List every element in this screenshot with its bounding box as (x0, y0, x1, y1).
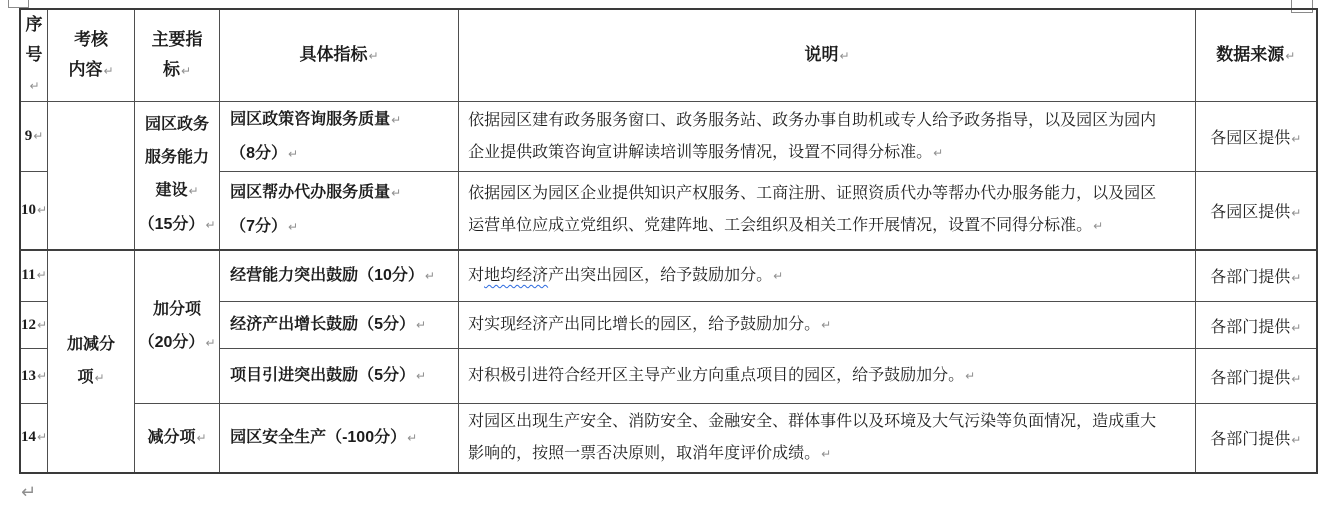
cell-specific-14: 园区安全生产（-100分）↵ (220, 404, 459, 473)
paragraph-mark-icon: ↵ (288, 147, 298, 161)
paragraph-mark-icon: ↵ (205, 218, 215, 232)
cell-source-12: 各部门提供↵ (1196, 302, 1317, 349)
spellcheck-squiggle: 地均经济 (484, 267, 548, 284)
paragraph-mark-icon: ↵ (1093, 219, 1103, 233)
cell-serial-12: 12↵ (20, 302, 48, 349)
cell-desc-11: 对地均经济产出突出园区，给予鼓励加分。↵ (459, 250, 1196, 302)
paragraph-mark-icon: ↵ (965, 369, 975, 383)
paragraph-mark-icon: ↵ (1291, 372, 1301, 386)
cell-source-9: 各园区提供↵ (1196, 102, 1317, 172)
paragraph-mark-icon: ↵ (197, 431, 207, 445)
paragraph-mark-icon: ↵ (1291, 271, 1301, 285)
cell-serial-9: 9↵ (20, 102, 48, 172)
cell-assessment-content-rows-9-10 (48, 102, 135, 250)
document-page: 序 号↵ 考核 内容↵ 主要指 标↵ 具体指标↵ 说明↵ 数据来源↵ 9↵ 园区… (0, 0, 1334, 519)
paragraph-mark-icon: ↵ (37, 369, 47, 383)
table-row-9: 9↵ 园区政务 服务能力 建设↵ （15分）↵ 园区政策咨询服务质量↵ （8分）… (20, 102, 1317, 172)
cell-specific-13: 项目引进突出鼓励（5分）↵ (220, 349, 459, 404)
paragraph-mark-icon: ↵ (407, 431, 417, 445)
cell-serial-10: 10↵ (20, 172, 48, 250)
paragraph-mark-icon: ↵ (1291, 206, 1301, 220)
cell-serial-13: 13↵ (20, 349, 48, 404)
paragraph-mark-icon: ↵ (840, 49, 850, 63)
paragraph-mark-icon: ↵ (37, 268, 47, 282)
table-row-14: 14↵ 减分项↵ 园区安全生产（-100分）↵ 对园区出现生产安全、消防安全、金… (20, 404, 1317, 473)
paragraph-mark-icon: ↵ (37, 318, 47, 332)
paragraph-mark-icon: ↵ (773, 269, 783, 283)
paragraph-mark-icon: ↵ (1285, 49, 1295, 63)
paragraph-mark-icon: ↵ (37, 430, 47, 444)
cell-desc-14: 对园区出现生产安全、消防安全、金融安全、群体事件以及环境及大气污染等负面情况，造… (459, 404, 1196, 473)
header-serial-number: 序 号↵ (20, 9, 48, 102)
table-header-row: 序 号↵ 考核 内容↵ 主要指 标↵ 具体指标↵ 说明↵ 数据来源↵ (20, 9, 1317, 102)
paragraph-mark-icon: ↵ (425, 269, 435, 283)
trailing-paragraph-mark: ↵ (20, 482, 36, 503)
header-description: 说明↵ (459, 9, 1196, 102)
paragraph-mark-icon: ↵ (821, 318, 831, 332)
paragraph-mark-icon: ↵ (205, 336, 215, 350)
paragraph-mark-icon: ↵ (30, 79, 40, 93)
header-data-source: 数据来源↵ (1196, 9, 1317, 102)
paragraph-mark-icon: ↵ (416, 318, 426, 332)
cell-desc-13: 对积极引进符合经开区主导产业方向重点项目的园区，给予鼓励加分。↵ (459, 349, 1196, 404)
header-assessment-content: 考核 内容↵ (48, 9, 135, 102)
cell-specific-9: 园区政策咨询服务质量↵ （8分）↵ (220, 102, 459, 172)
cell-main-indicator-park-gov-service: 园区政务 服务能力 建设↵ （15分）↵ (135, 102, 220, 250)
cell-source-10: 各园区提供↵ (1196, 172, 1317, 250)
cell-desc-12: 对实现经济产出同比增长的园区，给予鼓励加分。↵ (459, 302, 1196, 349)
paragraph-mark-icon: ↵ (21, 482, 36, 503)
paragraph-mark-icon: ↵ (181, 64, 191, 78)
paragraph-mark-icon: ↵ (391, 186, 401, 200)
cell-specific-10: 园区帮办代办服务质量↵ （7分）↵ (220, 172, 459, 250)
paragraph-mark-icon: ↵ (391, 113, 401, 127)
cell-source-11: 各部门提供↵ (1196, 250, 1317, 302)
paragraph-mark-icon: ↵ (104, 64, 114, 78)
paragraph-mark-icon: ↵ (33, 129, 43, 143)
cell-specific-11: 经营能力突出鼓励（10分）↵ (220, 250, 459, 302)
cell-desc-10: 依据园区为园区企业提供知识产权服务、工商注册、证照资质代办等帮办代办服务能力，以… (459, 172, 1196, 250)
cell-main-indicator-penalty: 减分项↵ (135, 404, 220, 473)
cell-desc-9: 依据园区建有政务服务窗口、政务服务站、政务办事自助机或专人给予政务指导，以及园区… (459, 102, 1196, 172)
paragraph-mark-icon: ↵ (1291, 132, 1301, 146)
table-handle-top-left[interactable] (8, 0, 29, 8)
paragraph-mark-icon: ↵ (1291, 321, 1301, 335)
paragraph-mark-icon: ↵ (369, 49, 379, 63)
paragraph-mark-icon: ↵ (416, 369, 426, 383)
header-specific-indicator: 具体指标↵ (220, 9, 459, 102)
cell-main-indicator-bonus: 加分项 （20分）↵ (135, 250, 220, 404)
cell-serial-14: 14↵ (20, 404, 48, 473)
cell-source-13: 各部门提供↵ (1196, 349, 1317, 404)
evaluation-indicator-table: 序 号↵ 考核 内容↵ 主要指 标↵ 具体指标↵ 说明↵ 数据来源↵ 9↵ 园区… (19, 8, 1318, 474)
paragraph-mark-icon: ↵ (189, 184, 199, 198)
cell-assessment-content-plus-minus: 加减分 项↵ (48, 250, 135, 473)
cell-source-14: 各部门提供↵ (1196, 404, 1317, 473)
paragraph-mark-icon: ↵ (95, 371, 105, 385)
paragraph-mark-icon: ↵ (1291, 433, 1301, 447)
header-main-indicator: 主要指 标↵ (135, 9, 220, 102)
paragraph-mark-icon: ↵ (933, 146, 943, 160)
cell-specific-12: 经济产出增长鼓励（5分）↵ (220, 302, 459, 349)
cell-serial-11: 11↵ (20, 250, 48, 302)
paragraph-mark-icon: ↵ (821, 447, 831, 461)
paragraph-mark-icon: ↵ (288, 220, 298, 234)
paragraph-mark-icon: ↵ (37, 203, 47, 217)
table-row-11: 11↵ 加减分 项↵ 加分项 （20分）↵ 经营能力突出鼓励（10分）↵ 对地均… (20, 250, 1317, 302)
